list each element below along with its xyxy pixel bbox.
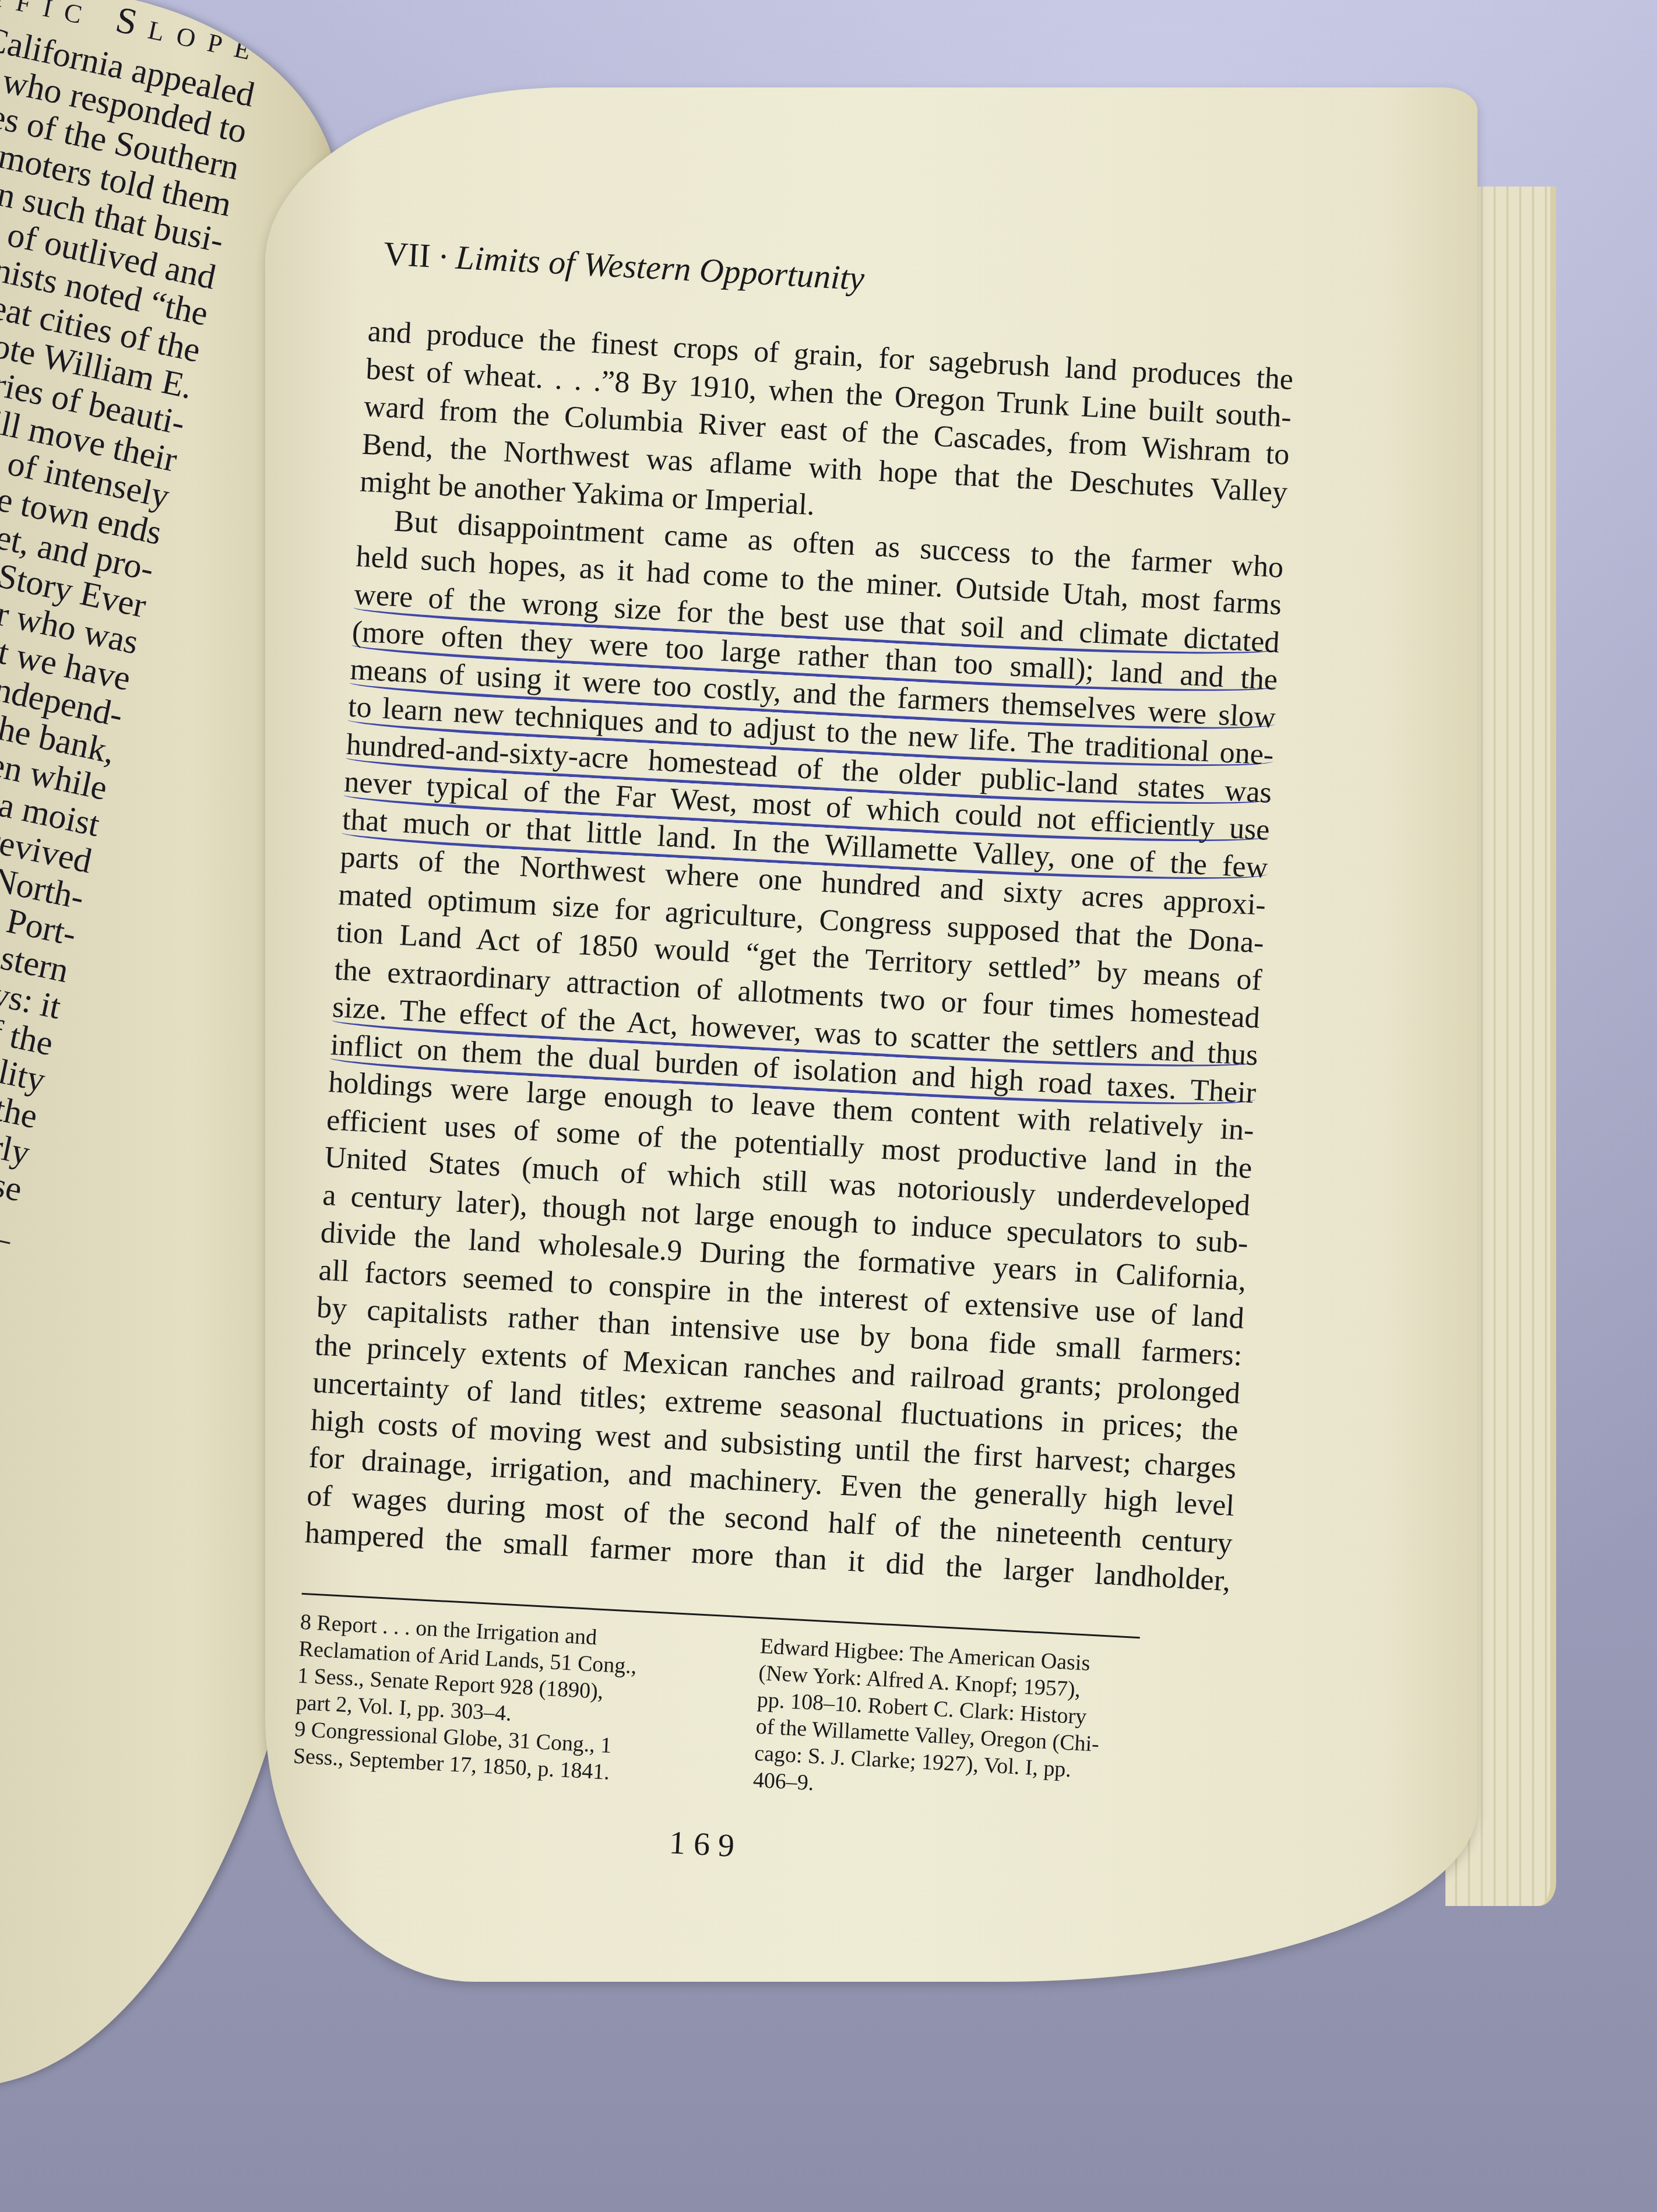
left-page-text: Pacific Slope ern California appealed an… — [0, 0, 268, 1504]
footnote-column-right: Edward Higbee: The American Oasis (New Y… — [752, 1633, 1168, 1814]
chapter-number: VII — [383, 234, 432, 275]
footnote-column-left: 8 Report . . . on the Irrigation and Rec… — [293, 1608, 708, 1790]
footnotes: 8 Report . . . on the Irrigation and Rec… — [293, 1608, 1226, 1817]
running-head-separator: · — [438, 237, 448, 276]
right-page-text: VII · Limits of Western Opportunity and … — [289, 233, 1298, 1890]
